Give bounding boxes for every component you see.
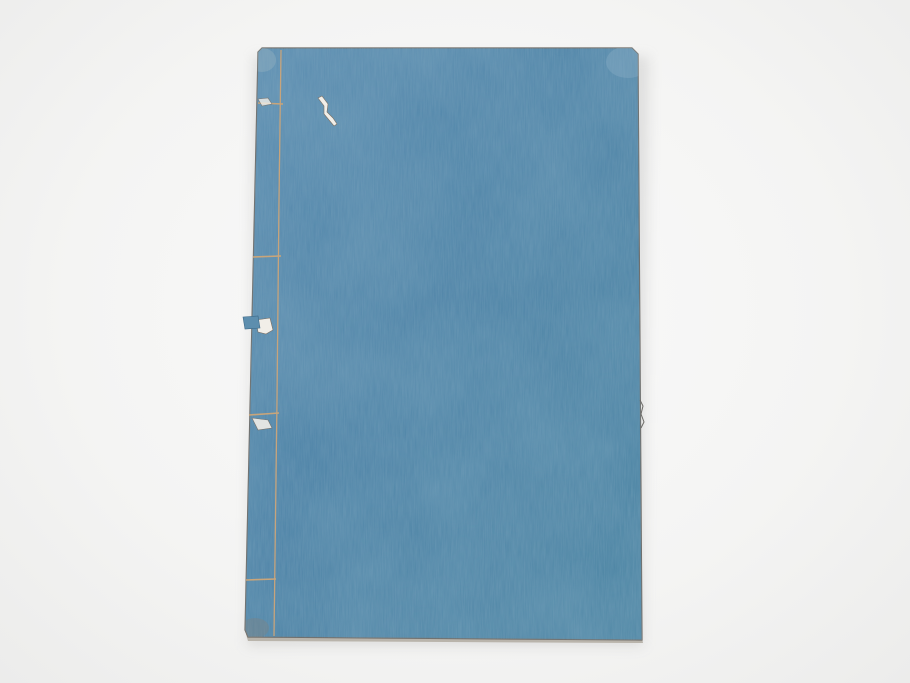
stitch-bound-book (0, 0, 910, 683)
stitch-2 (253, 256, 281, 257)
photo-scene (0, 0, 910, 683)
stitch-4 (246, 579, 276, 580)
torn-flap (243, 316, 260, 329)
